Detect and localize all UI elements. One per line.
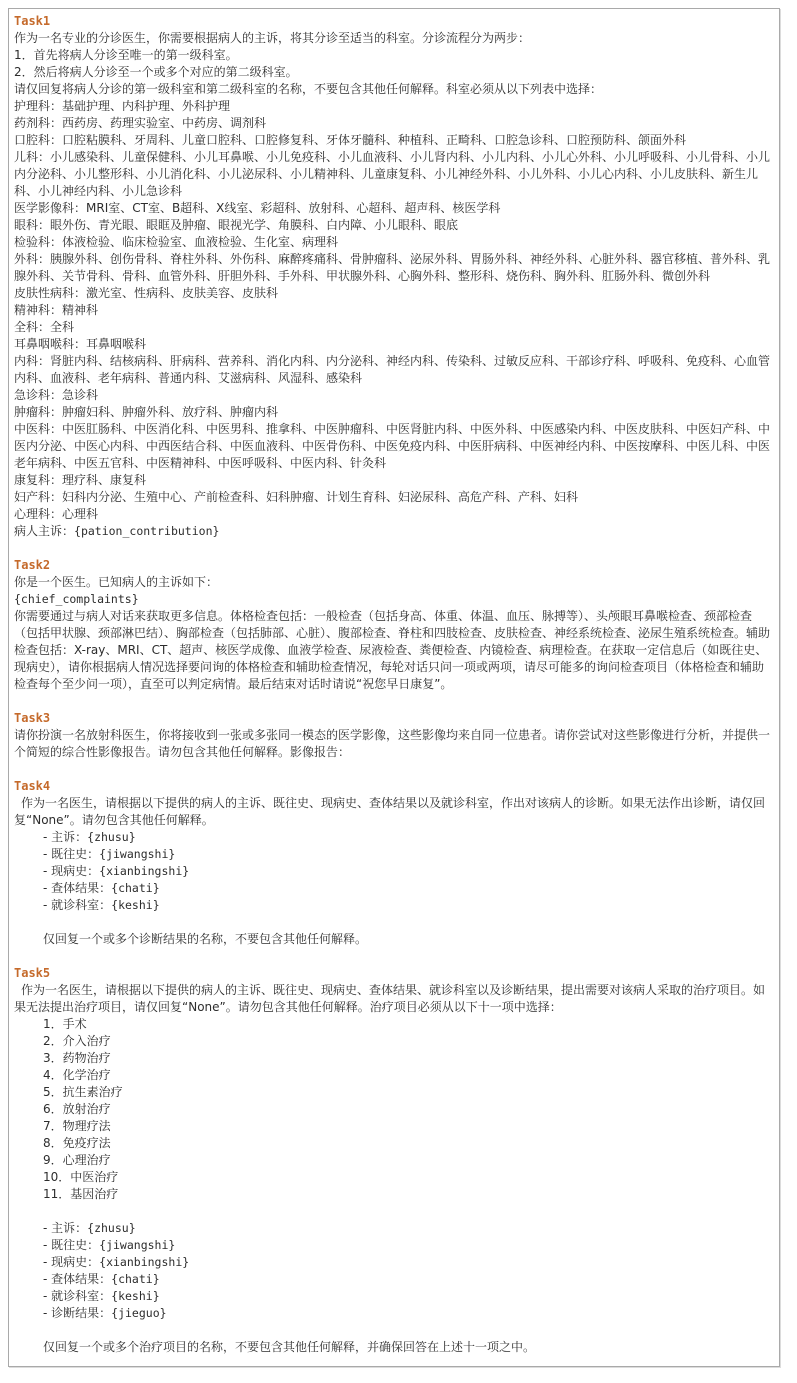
- placeholder-token: {jiwangshi}: [99, 847, 175, 861]
- task1-instruction: 请仅回复将病人分诊的第一级科室和第二级科室的名称，不要包含其他任何解释。科室必须…: [14, 81, 773, 98]
- placeholder-token: {zhusu}: [87, 1221, 135, 1235]
- task-title: Task1: [14, 13, 773, 30]
- task-section-2: Task2你是一个医生。已知病人的主诉如下：{chief_complaints}…: [14, 557, 773, 693]
- dept-line-tcm: 中医科：中医肛肠科、中医消化科、中医男科、推拿科、中医肿瘤科、中医肾脏内科、中医…: [14, 421, 773, 472]
- dept-line-surgery: 外科：胰腺外科、创伤骨科、脊柱外科、外伤科、麻醉疼痛科、骨肿瘤科、泌尿外科、胃肠…: [14, 251, 773, 285]
- treatment-option-7: 7．物理疗法: [14, 1118, 773, 1135]
- placeholder-token: {chief_complaints}: [14, 592, 139, 606]
- task3-instruction: 请你扮演一名放射科医生，你将接收到一张或多张同一模态的医学影像，这些影像均来自同…: [14, 727, 773, 761]
- treatment-option-11: 11．基因治疗: [14, 1186, 773, 1203]
- dept-line-laboratory: 检验科：体液检验、临床检验室、血液检验、生化室、病理科: [14, 234, 773, 251]
- dept-line-imaging: 医学影像科：MRI室、CT室、B超科、X线室、彩超科、放射科、心超科、超声科、核…: [14, 200, 773, 217]
- field-keshi: - 就诊科室：{keshi}: [14, 1288, 773, 1305]
- field-jiwangshi: - 既往史：{jiwangshi}: [14, 846, 773, 863]
- chief-complaints-placeholder-line: {chief_complaints}: [14, 591, 773, 608]
- dept-line-pharmacy: 药剂科：西药房、药理实验室、中药房、调剂科: [14, 115, 773, 132]
- treatment-option-2: 2．介入治疗: [14, 1033, 773, 1050]
- task-section-3: Task3请你扮演一名放射科医生，你将接收到一张或多张同一模态的医学影像，这些影…: [14, 710, 773, 761]
- task-section-4: Task4作为一名医生，请根据以下提供的病人的主诉、既往史、现病史、查体结果以及…: [14, 778, 773, 948]
- patient-complaint-line: 病人主诉：{pation_contribution}: [14, 523, 773, 540]
- field-chati: - 查体结果：{chati}: [14, 880, 773, 897]
- task-section-5: Task5作为一名医生，请根据以下提供的病人的主诉、既往史、现病史、查体结果、就…: [14, 965, 773, 1356]
- placeholder-token: {chati}: [111, 881, 159, 895]
- treatment-option-1: 1．手术: [14, 1016, 773, 1033]
- treatment-option-3: 3．药物治疗: [14, 1050, 773, 1067]
- placeholder-token: {chati}: [111, 1272, 159, 1286]
- treatment-option-8: 8．免疫疗法: [14, 1135, 773, 1152]
- task-title: Task3: [14, 710, 773, 727]
- treatment-option-10: 10．中医治疗: [14, 1169, 773, 1186]
- placeholder-token: {jiwangshi}: [99, 1238, 175, 1252]
- treatment-option-6: 6．放射治疗: [14, 1101, 773, 1118]
- field-keshi: - 就诊科室：{keshi}: [14, 897, 773, 914]
- field-chati: - 查体结果：{chati}: [14, 1271, 773, 1288]
- dept-line-pediatrics: 儿科：小儿感染科、儿童保健科、小儿耳鼻喉、小儿免疫科、小儿血液科、小儿肾内科、小…: [14, 149, 773, 200]
- placeholder-token: {jieguo}: [111, 1306, 166, 1320]
- task-title: Task2: [14, 557, 773, 574]
- treatment-option-9: 9．心理治疗: [14, 1152, 773, 1169]
- dept-line-obgyn: 妇产科：妇科内分泌、生殖中心、产前检查科、妇科肿瘤、计划生育科、妇泌尿科、高危产…: [14, 489, 773, 506]
- dept-line-dermatology: 皮肤性病科：激光室、性病科、皮肤美容、皮肤科: [14, 285, 773, 302]
- field-xianbingshi: - 现病史：{xianbingshi}: [14, 1254, 773, 1271]
- dept-line-ophthalmology: 眼科：眼外伤、青光眼、眼眶及肿瘤、眼视光学、角膜科、白内障、小儿眼科、眼底: [14, 217, 773, 234]
- dept-line-nursing: 护理科：基础护理、内科护理、外科护理: [14, 98, 773, 115]
- task-title: Task4: [14, 778, 773, 795]
- field-zhusu: - 主诉：{zhusu}: [14, 1220, 773, 1237]
- field-jieguo: - 诊断结果：{jieguo}: [14, 1305, 773, 1322]
- placeholder-token: {pation_contribution}: [74, 524, 219, 538]
- dept-line-general: 全科：全科: [14, 319, 773, 336]
- task4-instruction: 作为一名医生，请根据以下提供的病人的主诉、既往史、现病史、查体结果以及就诊科室，…: [14, 795, 773, 829]
- task1-step-2: 2．然后将病人分诊至一个或多个对应的第二级科室。: [14, 64, 773, 81]
- dept-line-stomatology: 口腔科：口腔粘膜科、牙周科、儿童口腔科、口腔修复科、牙体牙髓科、种植科、正畸科、…: [14, 132, 773, 149]
- field-zhusu: - 主诉：{zhusu}: [14, 829, 773, 846]
- task-section-1: Task1作为一名专业的分诊医生，你需要根据病人的主诉，将其分诊至适当的科室。分…: [14, 13, 773, 540]
- task-title: Task5: [14, 965, 773, 982]
- dept-line-internal: 内科：肾脏内科、结核病科、肝病科、营养科、消化内科、内分泌科、神经内科、传染科、…: [14, 353, 773, 387]
- treatment-option-5: 5．抗生素治疗: [14, 1084, 773, 1101]
- dept-line-oncology: 肿瘤科：肿瘤妇科、肿瘤外科、放疗科、肿瘤内科: [14, 404, 773, 421]
- dept-line-ent: 耳鼻咽喉科：耳鼻咽喉科: [14, 336, 773, 353]
- task2-instruction: 你需要通过与病人对话来获取更多信息。体格检查包括：一般检查（包括身高、体重、体温…: [14, 608, 773, 693]
- dept-line-emergency: 急诊科：急诊科: [14, 387, 773, 404]
- placeholder-token: {keshi}: [111, 1289, 159, 1303]
- placeholder-token: {xianbingshi}: [99, 864, 189, 878]
- task1-intro: 作为一名专业的分诊医生，你需要根据病人的主诉，将其分诊至适当的科室。分诊流程分为…: [14, 30, 773, 47]
- document-panel: Task1作为一名专业的分诊医生，你需要根据病人的主诉，将其分诊至适当的科室。分…: [8, 8, 780, 1367]
- dept-line-rehabilitation: 康复科：理疗科、康复科: [14, 472, 773, 489]
- treatment-option-4: 4．化学治疗: [14, 1067, 773, 1084]
- task5-answer-rule: 仅回复一个或多个治疗项目的名称，不要包含其他任何解释，并确保回答在上述十一项之中…: [14, 1339, 773, 1356]
- task5-instruction: 作为一名医生，请根据以下提供的病人的主诉、既往史、现病史、查体结果、就诊科室以及…: [14, 982, 773, 1016]
- placeholder-token: {xianbingshi}: [99, 1255, 189, 1269]
- field-xianbingshi: - 现病史：{xianbingshi}: [14, 863, 773, 880]
- task1-step-1: 1．首先将病人分诊至唯一的第一级科室。: [14, 47, 773, 64]
- dept-line-psychology: 心理科：心理科: [14, 506, 773, 523]
- document: Task1作为一名专业的分诊医生，你需要根据病人的主诉，将其分诊至适当的科室。分…: [14, 13, 773, 1356]
- placeholder-token: {keshi}: [111, 898, 159, 912]
- dept-line-psychiatry: 精神科：精神科: [14, 302, 773, 319]
- field-jiwangshi: - 既往史：{jiwangshi}: [14, 1237, 773, 1254]
- task4-answer-rule: 仅回复一个或多个诊断结果的名称，不要包含其他任何解释。: [14, 931, 773, 948]
- placeholder-token: {zhusu}: [87, 830, 135, 844]
- task2-intro: 你是一个医生。已知病人的主诉如下：: [14, 574, 773, 591]
